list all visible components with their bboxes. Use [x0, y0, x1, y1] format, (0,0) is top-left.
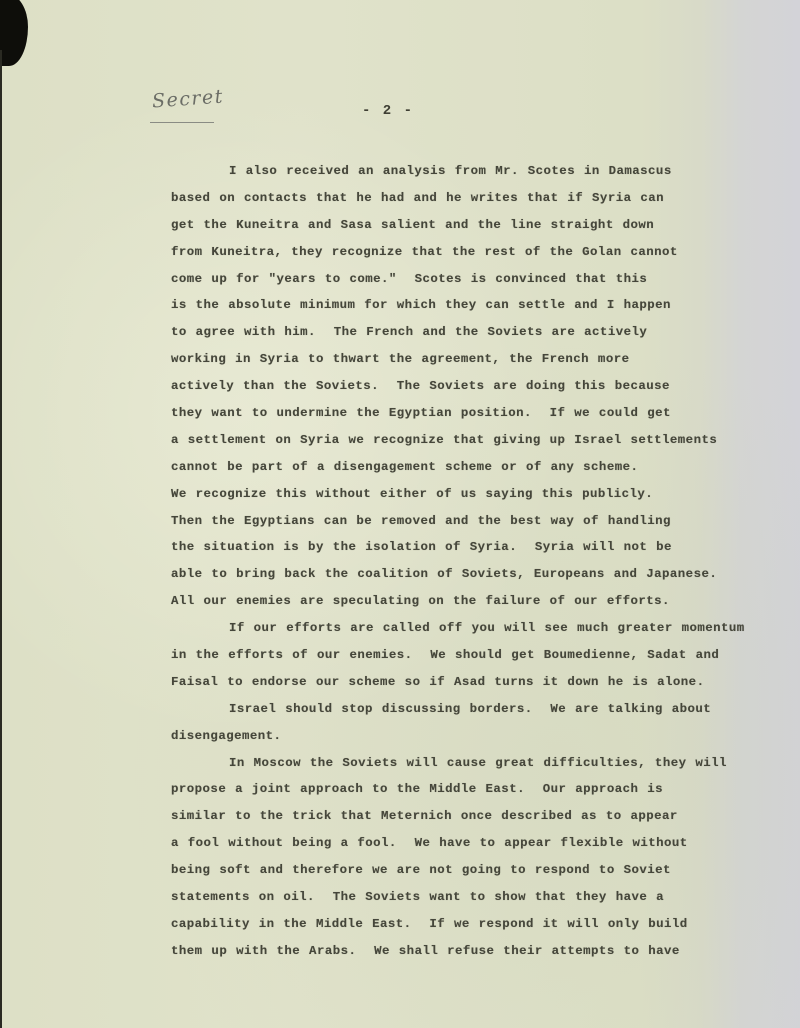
text-line: in the efforts of our enemies. We should…: [171, 642, 751, 669]
hole-punch-shadow: [0, 0, 28, 66]
text-line: cannot be part of a disengagement scheme…: [171, 454, 751, 481]
text-line: I also received an analysis from Mr. Sco…: [171, 158, 751, 185]
handwritten-underline: [150, 122, 214, 123]
text-line: come up for "years to come." Scotes is c…: [171, 266, 751, 293]
text-line: propose a joint approach to the Middle E…: [171, 776, 751, 803]
page-edge-line: [0, 50, 2, 1028]
text-line: a settlement on Syria we recognize that …: [171, 427, 751, 454]
text-line: We recognize this without either of us s…: [171, 481, 751, 508]
page-number: - 2 -: [362, 103, 414, 119]
text-line: Israel should stop discussing borders. W…: [171, 696, 751, 723]
text-line: able to bring back the coalition of Sovi…: [171, 561, 751, 588]
text-line: If our efforts are called off you will s…: [171, 615, 751, 642]
text-line: a fool without being a fool. We have to …: [171, 830, 751, 857]
text-line: being soft and therefore we are not goin…: [171, 857, 751, 884]
text-line: capability in the Middle East. If we res…: [171, 911, 751, 938]
text-line: In Moscow the Soviets will cause great d…: [171, 750, 751, 777]
text-line: is the absolute minimum for which they c…: [171, 292, 751, 319]
text-line: get the Kuneitra and Sasa salient and th…: [171, 212, 751, 239]
text-line: from Kuneitra, they recognize that the r…: [171, 239, 751, 266]
text-line: All our enemies are speculating on the f…: [171, 588, 751, 615]
text-line: statements on oil. The Soviets want to s…: [171, 884, 751, 911]
text-line: disengagement.: [171, 723, 751, 750]
text-line: similar to the trick that Meternich once…: [171, 803, 751, 830]
text-line: the situation is by the isolation of Syr…: [171, 534, 751, 561]
text-line: actively than the Soviets. The Soviets a…: [171, 373, 751, 400]
text-line: them up with the Arabs. We shall refuse …: [171, 938, 751, 965]
handwritten-classification-note: Secret: [151, 86, 224, 113]
text-line: Faisal to endorse our scheme so if Asad …: [171, 669, 751, 696]
scanned-page: Secret - 2 - I also received an analysis…: [0, 0, 800, 1028]
text-line: Then the Egyptians can be removed and th…: [171, 508, 751, 535]
text-line: they want to undermine the Egyptian posi…: [171, 400, 751, 427]
text-line: based on contacts that he had and he wri…: [171, 185, 751, 212]
body-text: I also received an analysis from Mr. Sco…: [171, 158, 751, 965]
text-line: working in Syria to thwart the agreement…: [171, 346, 751, 373]
text-line: to agree with him. The French and the So…: [171, 319, 751, 346]
